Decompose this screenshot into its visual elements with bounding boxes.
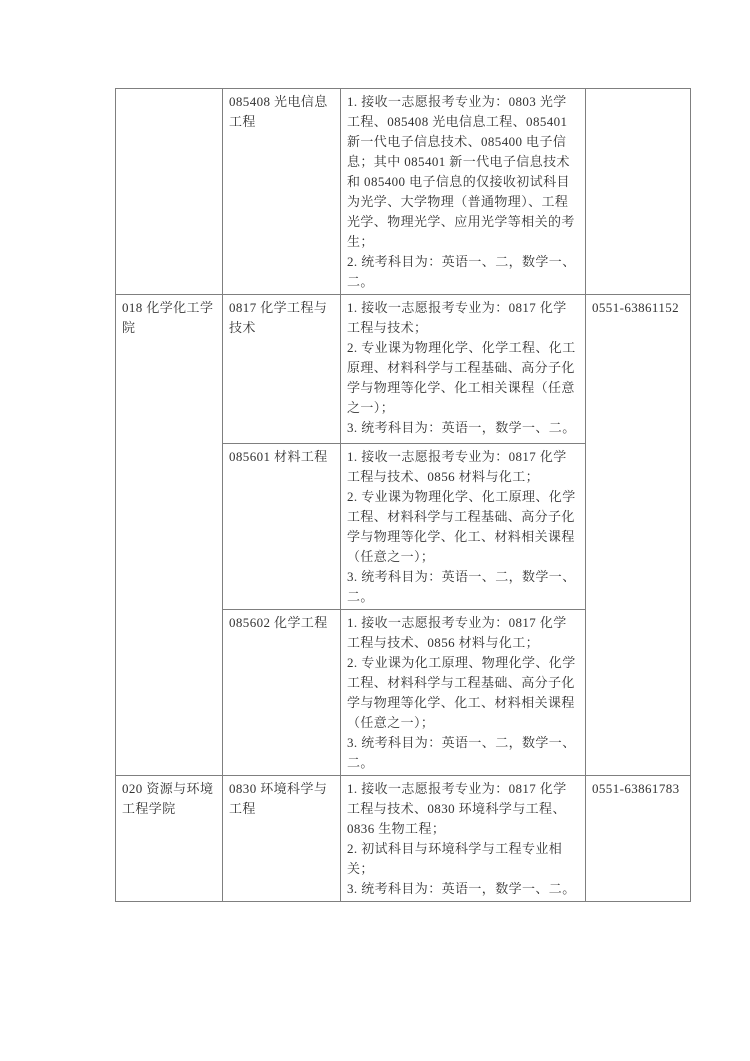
requirement-item: 2. 专业课为物理化学、化工原理、化学工程、材料科学与工程基础、高分子化学与物理… <box>347 487 580 567</box>
major-cell: 0817 化学工程与技术 <box>223 295 341 444</box>
requirement-item: 3. 统考科目为：英语一，数学一、二。 <box>347 879 580 899</box>
table-row: 018 化学化工学院 0817 化学工程与技术 1. 接收一志愿报考专业为：08… <box>116 295 691 444</box>
requirement-item: 3. 统考科目为：英语一、二，数学一、二。 <box>347 733 580 773</box>
requirement-item: 2. 专业课为物理化学、化学工程、化工原理、材料科学与工程基础、高分子化学与物理… <box>347 338 580 418</box>
requirement-item: 3. 统考科目为：英语一，数学一、二。 <box>347 418 580 438</box>
requirement-item: 1. 接收一志愿报考专业为：0803 光学工程、085408 光电信息工程、08… <box>347 92 580 252</box>
requirement-item: 3. 统考科目为：英语一、二，数学一、二。 <box>347 567 580 607</box>
requirement-item: 1. 接收一志愿报考专业为：0817 化学工程与技术； <box>347 298 580 338</box>
requirement-item: 1. 接收一志愿报考专业为：0817 化学工程与技术、0856 材料与化工； <box>347 613 580 653</box>
admissions-table: 085408 光电信息工程 1. 接收一志愿报考专业为：0803 光学工程、08… <box>115 88 691 902</box>
table-row: 020 资源与环境工程学院 0830 环境科学与工程 1. 接收一志愿报考专业为… <box>116 776 691 902</box>
college-cell <box>116 89 223 295</box>
table-row: 085408 光电信息工程 1. 接收一志愿报考专业为：0803 光学工程、08… <box>116 89 691 295</box>
phone-cell: 0551-63861152 <box>586 295 691 776</box>
requirements-cell: 1. 接收一志愿报考专业为：0817 化学工程与技术、0830 环境科学与工程、… <box>341 776 586 902</box>
major-cell: 085601 材料工程 <box>223 444 341 610</box>
requirement-item: 2. 统考科目为：英语一、二，数学一、二。 <box>347 252 580 292</box>
college-cell: 020 资源与环境工程学院 <box>116 776 223 902</box>
phone-cell <box>586 89 691 295</box>
requirements-cell: 1. 接收一志愿报考专业为：0817 化学工程与技术、0856 材料与化工； 2… <box>341 610 586 776</box>
major-cell: 085602 化学工程 <box>223 610 341 776</box>
major-cell: 0830 环境科学与工程 <box>223 776 341 902</box>
phone-cell: 0551-63861783 <box>586 776 691 902</box>
requirement-item: 1. 接收一志愿报考专业为：0817 化学工程与技术、0830 环境科学与工程、… <box>347 779 580 839</box>
requirement-item: 2. 初试科目与环境科学与工程专业相关； <box>347 839 580 879</box>
requirements-cell: 1. 接收一志愿报考专业为：0817 化学工程与技术； 2. 专业课为物理化学、… <box>341 295 586 444</box>
requirements-cell: 1. 接收一志愿报考专业为：0803 光学工程、085408 光电信息工程、08… <box>341 89 586 295</box>
requirements-cell: 1. 接收一志愿报考专业为：0817 化学工程与技术、0856 材料与化工； 2… <box>341 444 586 610</box>
major-cell: 085408 光电信息工程 <box>223 89 341 295</box>
requirement-item: 2. 专业课为化工原理、物理化学、化学工程、材料科学与工程基础、高分子化学与物理… <box>347 653 580 733</box>
college-cell: 018 化学化工学院 <box>116 295 223 776</box>
document-page: 085408 光电信息工程 1. 接收一志愿报考专业为：0803 光学工程、08… <box>0 0 750 1061</box>
requirement-item: 1. 接收一志愿报考专业为：0817 化学工程与技术、0856 材料与化工； <box>347 447 580 487</box>
